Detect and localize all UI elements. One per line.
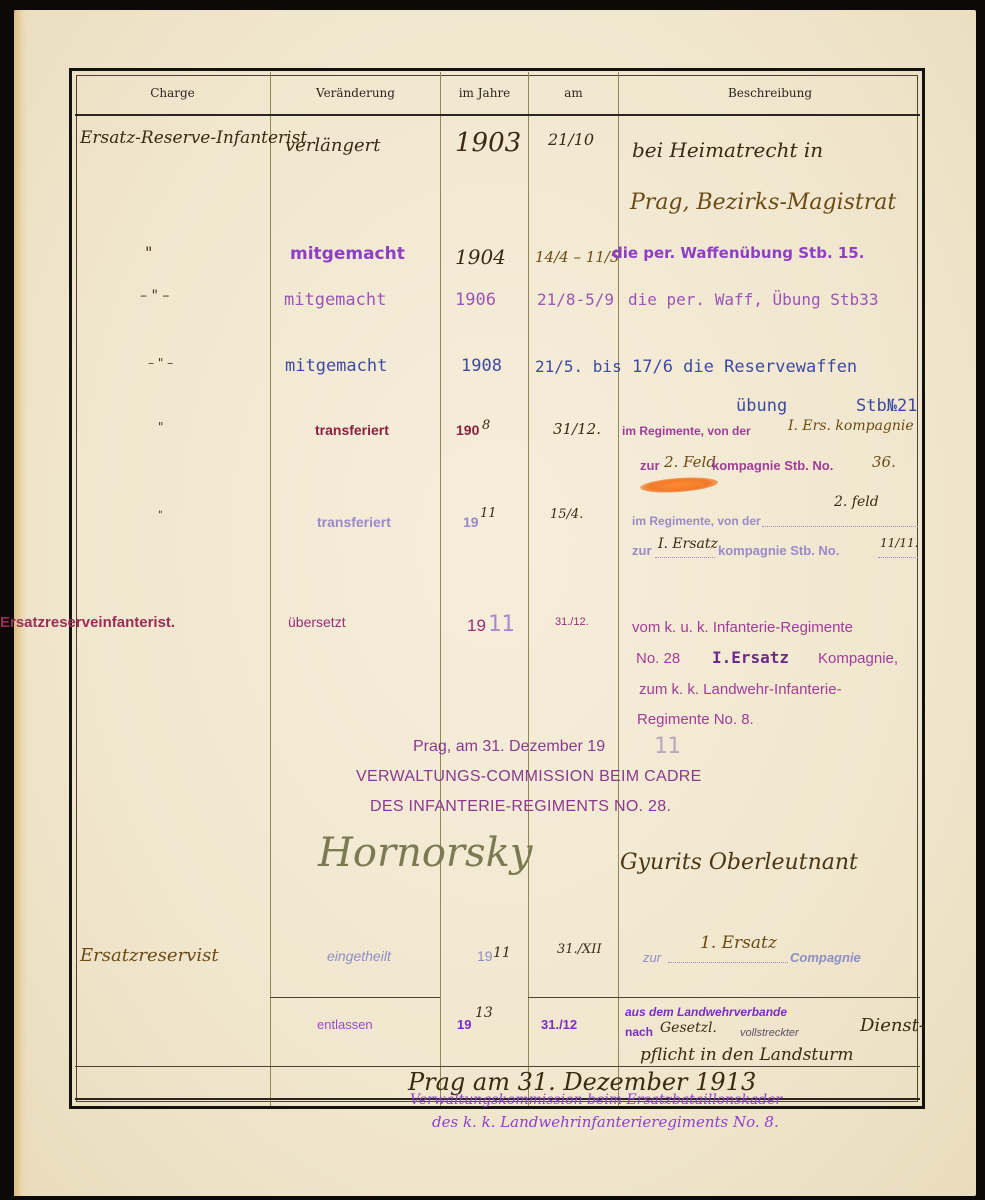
column-divider-4 (618, 72, 619, 1106)
row8-veraenderung-stamp: entlassen (317, 1017, 373, 1032)
column-divider-1 (270, 72, 271, 1106)
stamp1-year-suffix: 11 (654, 734, 681, 759)
row2-charge: – " – (140, 288, 169, 304)
row5-fill-line-1 (762, 526, 918, 527)
row1-veraenderung-stamp: mitgemacht (290, 244, 405, 264)
header-beschreibung: Beschreibung (619, 86, 921, 100)
row5-beschreibung-line1-fill: 2. feld (834, 494, 879, 510)
row7-beschreibung-fill: 1. Ersatz (700, 933, 777, 953)
row1-charge: " (145, 243, 152, 262)
row8-jahr-suffix: 13 (475, 1005, 493, 1021)
row0-beschreibung-line2: Prag, Bezirks-Magistrat (630, 190, 896, 215)
row6-am: 31./12. (555, 616, 589, 628)
column-divider-2 (440, 72, 441, 1106)
row1-beschreibung-stamp: die per. Waffenübung Stb. 15. (612, 244, 864, 262)
signature-left: Hornorsky (318, 830, 532, 876)
row3-beschreibung-line1: 17/6 die Reservewaffen (632, 357, 857, 377)
row5-charge: " (158, 510, 163, 521)
row7-charge: Ersatzreservist (80, 945, 219, 966)
row6-beschreibung-line3: zum k. k. Landwehr-Infanterie- (639, 681, 842, 698)
row4-beschreibung-line2-no: 36. (872, 453, 896, 471)
row2-veraenderung-stamp: mitgemacht (284, 290, 386, 310)
row3-beschreibung-line2: übung (736, 396, 787, 416)
row0-jahr: 1903 (455, 128, 521, 158)
row5-jahr-suffix: 11 (480, 506, 497, 521)
row6-jahr-suffix: 11 (488, 612, 515, 637)
row5-veraenderung-stamp: transferiert (317, 514, 391, 530)
row8-beschreibung-line2-mid: vollstreckter (740, 1027, 799, 1039)
rule-entlassen-top-right (528, 997, 920, 998)
row8-beschreibung-line2-hand: Dienst- (860, 1015, 925, 1036)
row4-jahr-suffix: 8 (482, 418, 490, 433)
row4-am: 31/12. (553, 420, 601, 438)
row4-beschreibung-line1-prefix: im Regimente, von der (622, 424, 751, 438)
row7-veraenderung-stamp: eingetheilt (327, 948, 391, 964)
row4-beschreibung-line1-fill: I. Ers. kompagnie (788, 418, 914, 434)
stamp1-place-date: Prag, am 31. Dezember 19 (413, 738, 605, 756)
stamp1-line2: DES INFANTERIE-REGIMENTS NO. 28. (370, 798, 671, 816)
row6-veraenderung-stamp: übersetzt (288, 614, 346, 630)
column-divider-3 (528, 72, 529, 1106)
header-charge: Charge (75, 86, 270, 100)
row7-jahr-suffix: 11 (493, 945, 511, 961)
row6-beschreibung-line2-c: Kompagnie, (818, 650, 898, 667)
row5-fill-line-2 (655, 557, 715, 558)
row3-charge: – " – (148, 356, 173, 370)
row3-jahr: 1908 (461, 356, 502, 376)
row0-veraenderung: verlängert (285, 135, 381, 156)
row6-charge-stamp: Ersatzreserveinfanterist. (0, 614, 175, 631)
row4-charge: " (158, 420, 164, 434)
row1-am: 14/4 – 11/5 (535, 248, 619, 266)
row4-beschreibung-line2-mid: kompagnie Stb. No. (712, 458, 833, 473)
row6-jahr-prefix: 19 (467, 616, 486, 636)
row6-beschreibung-line2-a: No. 28 (636, 650, 680, 667)
signature-right: Gyurits Oberleutnant (620, 850, 858, 875)
row5-fill-line-3 (878, 557, 918, 558)
header-rule (75, 114, 920, 116)
row2-beschreibung: die per. Waff, Übung Stb33 (628, 290, 878, 309)
row8-beschreibung-line2-prefix: nach (625, 1025, 653, 1039)
row8-am: 31./12 (541, 1017, 577, 1032)
stamp1-line1: VERWALTUNGS-COMMISSION BEIM CADRE (356, 768, 702, 786)
closing-stamp-line1: Verwaltungskommission beim Ersatzbataill… (410, 1092, 782, 1108)
header-veraenderung: Veränderung (271, 86, 440, 100)
closing-stamp-line2: des k. k. Landwehrinfanterieregiments No… (432, 1113, 779, 1131)
row8-jahr-prefix: 19 (457, 1017, 471, 1032)
row7-jahr-prefix: 19 (477, 948, 493, 964)
row3-beschreibung-stb: Stb№21 (856, 396, 917, 416)
rule-entlassen-top-left (270, 997, 440, 998)
row8-beschreibung-line3: pflicht in den Landsturm (640, 1045, 853, 1065)
row0-beschreibung-line1: bei Heimatrecht in (632, 138, 823, 162)
row5-jahr-prefix: 19 (463, 514, 479, 530)
row7-fill-line (668, 962, 788, 963)
row4-beschreibung-line2-prefix: zur (640, 458, 660, 473)
row1-jahr: 1904 (455, 245, 506, 269)
row6-beschreibung-line4: Regimente No. 8. (637, 711, 754, 728)
row7-beschreibung-suffix: Compagnie (790, 950, 861, 965)
row7-am: 31./XII (557, 942, 602, 957)
row5-beschreibung-line2-mid: kompagnie Stb. No. (718, 543, 839, 558)
row2-jahr: 1906 (455, 290, 496, 310)
row5-beschreibung-line1-prefix: im Regimente, von der (632, 514, 761, 528)
row8-beschreibung-line2-fill: Gesetzl. (660, 1020, 717, 1036)
header-jahr: im Jahre (441, 86, 528, 100)
row4-beschreibung-line2-fill: 2. Feld (664, 453, 716, 471)
row5-am: 15/4. (550, 507, 583, 522)
row2-am: 21/8-5/9 (537, 290, 614, 309)
row8-beschreibung-line1: aus dem Landwehrverbande (625, 1005, 787, 1019)
row6-beschreibung-line1: vom k. u. k. Infanterie-Regimente (632, 619, 853, 636)
row3-veraenderung-stamp: mitgemacht (285, 356, 387, 376)
row5-beschreibung-line2-no: 11/11. (880, 536, 918, 550)
row0-charge: Ersatz-Reserve-Infanterist (80, 128, 307, 148)
aged-page-edge (14, 10, 28, 1196)
row6-beschreibung-line2-b: I.Ersatz (712, 648, 789, 667)
row4-jahr-prefix: 190 (456, 422, 479, 438)
row7-beschreibung-prefix: zur (643, 950, 661, 965)
row5-beschreibung-line2-prefix: zur (632, 543, 652, 558)
row5-beschreibung-line2-fill: I. Ersatz (658, 536, 718, 552)
header-am: am (529, 86, 618, 100)
row0-am: 21/10 (548, 130, 594, 149)
row4-veraenderung-stamp: transferiert (315, 422, 389, 438)
row3-am: 21/5. bis (535, 357, 622, 376)
rule-entlassen-bottom (75, 1066, 920, 1067)
